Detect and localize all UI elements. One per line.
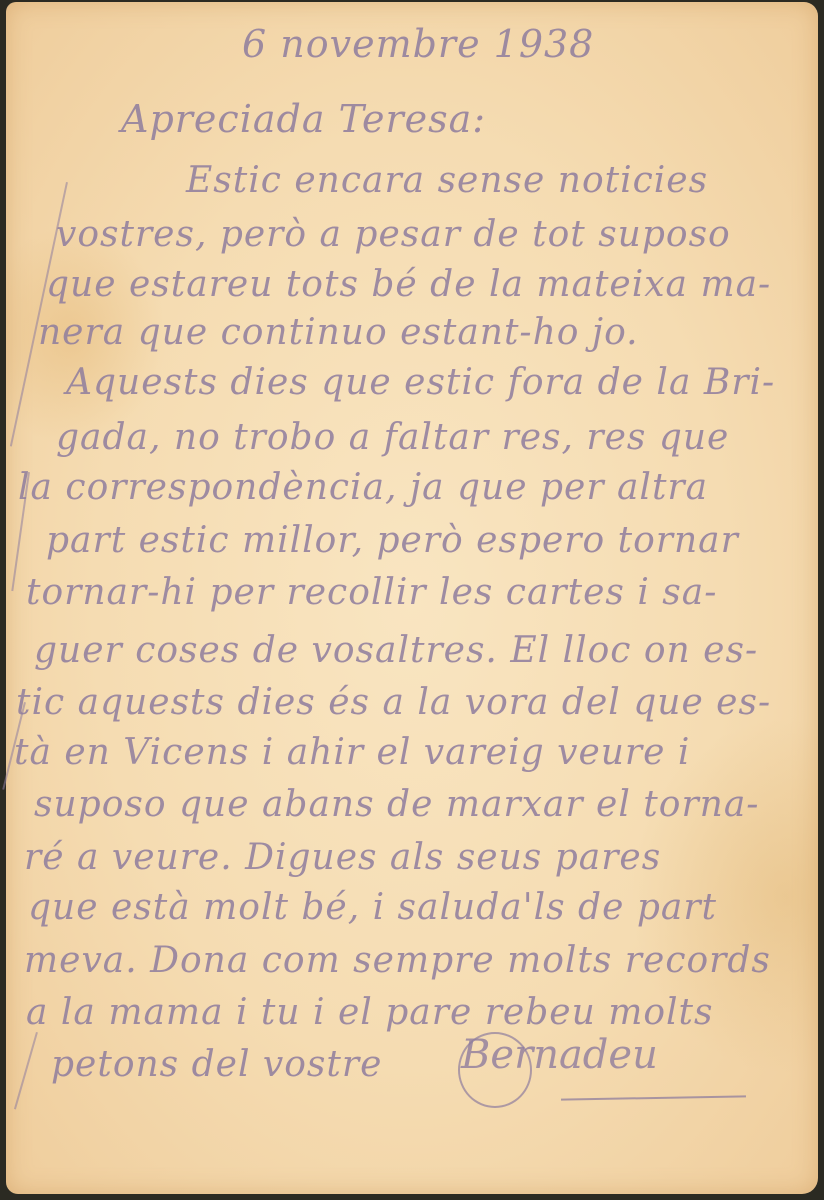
letter-line: tic aquests dies és a la vora del que es…: [16, 682, 771, 723]
letter-line: que estareu tots bé de la mateixa ma-: [46, 264, 771, 305]
letter-line: tornar-hi per recollir les cartes i sa-: [26, 572, 717, 613]
signature: Bernadeu: [461, 1032, 658, 1078]
letter-line: nera que continuo estant-ho jo.: [38, 312, 639, 353]
letter-line: guer coses de vosaltres. El lloc on es-: [34, 630, 758, 671]
signature-underline: [561, 1095, 746, 1100]
letter-line: part estic millor, però espero tornar: [46, 520, 739, 561]
letter-line: a la mama i tu i el pare rebeu molts: [26, 992, 713, 1033]
letter-date: 6 novembre 1938: [242, 22, 594, 66]
letter-line: Aquests dies que estic fora de la Bri-: [66, 362, 775, 403]
letter-line: Estic encara sense noticies: [186, 160, 708, 201]
letter-line: ré a veure. Digues als seus pares: [24, 837, 661, 878]
letter-line: gada, no trobo a faltar res, res que: [56, 417, 729, 458]
letter-line: petons del vostre: [51, 1044, 382, 1085]
letter-line: meva. Dona com sempre molts records: [24, 940, 771, 981]
letter-line: tà en Vicens i ahir el vareig veure i: [14, 732, 690, 773]
letter-line: vostres, però a pesar de tot suposo: [56, 214, 731, 255]
letter-line: la correspondència, ja que per altra: [18, 467, 708, 508]
letter-line: que està molt bé, i saluda'ls de part: [28, 887, 717, 928]
pencil-stroke: [14, 1032, 38, 1109]
letter-salutation: Apreciada Teresa:: [121, 97, 486, 141]
letter-line: suposo que abans de marxar el torna-: [34, 784, 759, 825]
letter-card: 6 novembre 1938 Apreciada Teresa: Estic …: [6, 2, 818, 1194]
